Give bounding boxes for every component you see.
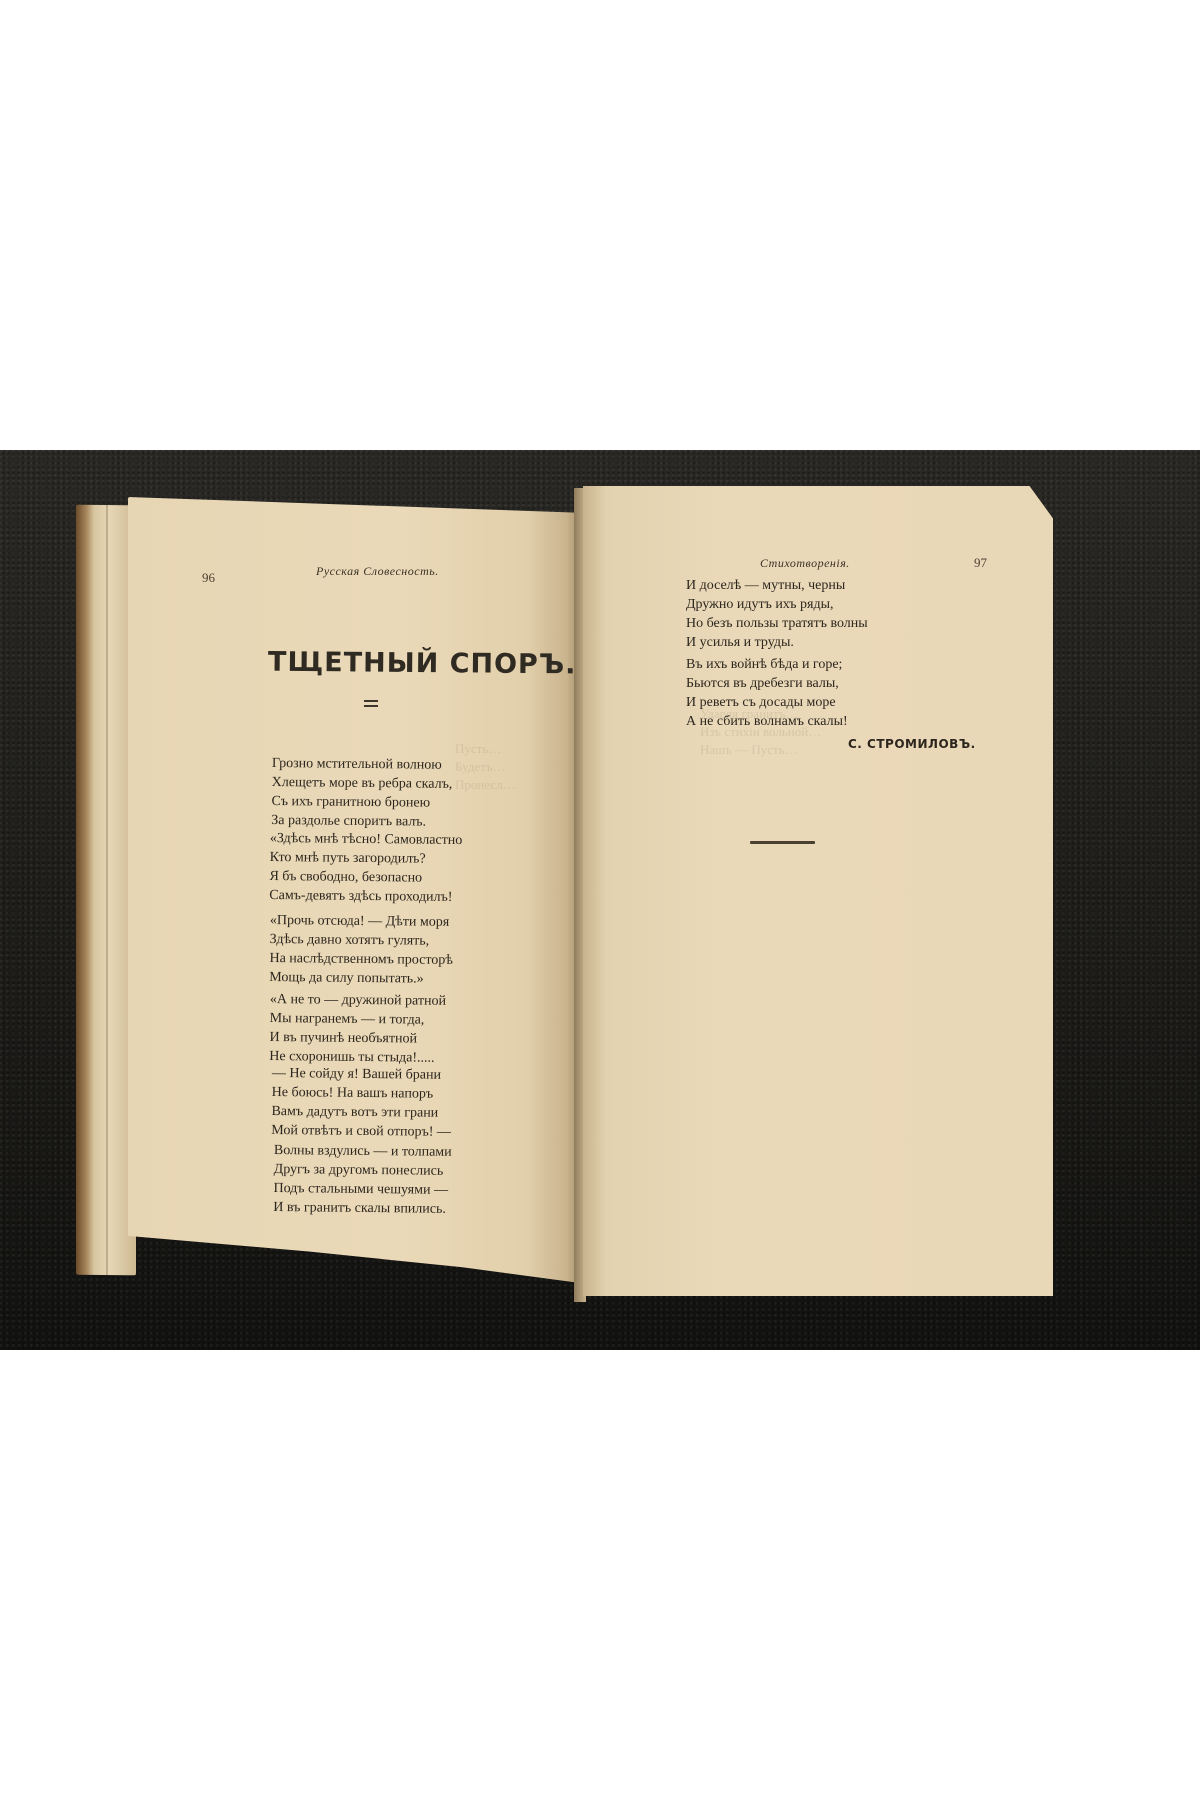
verse-line: Другъ за другомъ понеслись: [274, 1160, 452, 1181]
page-number-left: 96: [202, 570, 215, 586]
poem-title: ТЩЕТНЫЙ СПОРЪ.: [268, 647, 577, 681]
title-divider: [364, 700, 378, 710]
running-head-right: Стихотворенія.: [760, 556, 850, 571]
stanza-7: И доселѣ — мутны, черны Дружно идутъ ихъ…: [686, 576, 868, 652]
book-page-edges: [76, 505, 136, 1276]
verse-line: Бьются въ дребезги валы,: [686, 674, 848, 693]
stanza-2: «Здѣсь мнѣ тѣсно! Самовластно Кто мнѣ пу…: [269, 829, 462, 907]
verse-line: Дружно идутъ ихъ ряды,: [686, 595, 868, 614]
stanza-8: Въ ихъ войнѣ бѣда и горе; Бьются въ дреб…: [686, 655, 848, 731]
stanza-3: «Прочь отсюда! — Дѣти моря Здѣсь давно х…: [269, 911, 453, 989]
verse-line: Грозно мстительной волною: [272, 754, 453, 775]
verse-line: «Здѣсь мнѣ тѣсно! Самовластно: [270, 829, 463, 850]
verse-line: И реветъ съ досады море: [686, 693, 848, 712]
running-head-left: Русская Словесность.: [316, 564, 439, 579]
verse-line: Хлещетъ море въ ребра скалъ,: [272, 773, 453, 794]
stanza-1: Грозно мстительной волною Хлещетъ море в…: [271, 754, 452, 832]
verse-line: Мы награнемъ — и тогда,: [270, 1009, 446, 1030]
stanza-4: «А не то — дружиной ратной Мы награнемъ …: [269, 990, 446, 1068]
verse-line: И доселѣ — мутны, черны: [686, 576, 868, 595]
verse-line: — Не сойду я! Вашей брани: [272, 1064, 452, 1085]
stanza-5: — Не сойду я! Вашей брани Не боюсь! На в…: [271, 1064, 451, 1142]
verse-line: Съ ихъ гранитною бронею: [271, 792, 452, 813]
verse-line: А не сбить волнамъ скалы!: [686, 712, 848, 731]
verse-line: На наслѣдственномъ просторѣ: [269, 949, 453, 970]
verse-line: Не боюсь! На вашъ напоръ: [272, 1083, 452, 1104]
verse-line: Но безъ пользы тратятъ волны: [686, 614, 868, 633]
verse-line: И усилья и труды.: [686, 633, 868, 652]
verse-line: «А не то — дружиной ратной: [270, 990, 446, 1011]
verse-line: Волны вздулись — и толпами: [274, 1141, 452, 1162]
show-through-text: Пусть…Будетъ…Пронесл…: [455, 740, 516, 794]
verse-line: «Прочь отсюда! — Дѣти моря: [270, 911, 454, 932]
verse-line: Въ ихъ войнѣ бѣда и горе;: [686, 655, 848, 674]
verse-line: И въ гранитъ скалы впились.: [273, 1198, 451, 1219]
verse-line: Я бъ свободно, безопасно: [269, 867, 462, 888]
verse-line: И въ пучинѣ необъятной: [269, 1028, 445, 1049]
end-divider: [750, 841, 815, 844]
verse-line: Здѣсь давно хотятъ гулять,: [270, 930, 454, 951]
verse-line: Самъ-девятъ здѣсь проходилъ!: [269, 886, 462, 907]
verse-line: Мощь да силу попытать.»: [269, 968, 453, 989]
author-signature: С. СТРОМИЛОВЪ.: [848, 737, 976, 751]
verse-line: Подъ стальными чешуями —: [273, 1179, 451, 1200]
verse-line: Мой отвѣтъ и свой отпоръ! —: [271, 1121, 451, 1142]
stanza-6: Волны вздулись — и толпами Другъ за друг…: [273, 1141, 452, 1219]
verse-line: Кто мнѣ путь загородилъ?: [270, 848, 463, 869]
verse-line: Вамъ дадутъ вотъ эти грани: [271, 1102, 451, 1123]
page-number-right: 97: [974, 555, 987, 571]
